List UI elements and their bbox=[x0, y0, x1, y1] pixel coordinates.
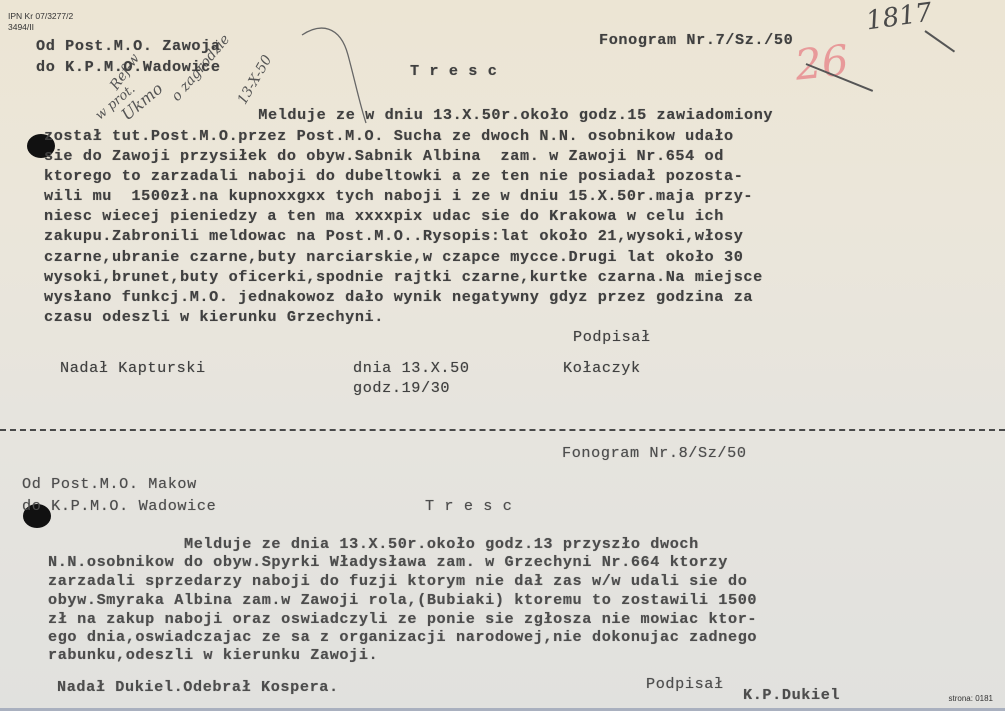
dashed-separator bbox=[0, 429, 1005, 431]
fonogram-1-sent-by: Nadał Kapturski bbox=[60, 361, 206, 376]
fonogram-1-body-line: został tut.Post.M.O.przez Post.M.O. Such… bbox=[44, 129, 734, 144]
fonogram-2-body-line: rabunku,odeszli w kierunku Zawoji. bbox=[48, 648, 378, 663]
archive-reference-line2: 3494/II bbox=[8, 22, 73, 33]
fonogram-1-body-line: czasu odeszli w kierunku Grzechyni. bbox=[44, 310, 384, 325]
fonogram-2-body-line: N.N.osobnikow do obyw.Spyrki Władysława … bbox=[48, 555, 728, 570]
scanned-document-page: IPN Kr 07/3277/2 3494/II 1817 26 Ref-w w… bbox=[0, 0, 1005, 711]
fonogram-2-body-line: obyw.Smyraka Albina zam.w Zawoji rola,(B… bbox=[48, 593, 757, 608]
fonogram-2-signed-name: K.P.Dukiel bbox=[743, 688, 840, 703]
fonogram-2-to: do K.P.M.O. Wadowice bbox=[22, 499, 216, 514]
fonogram-1-date: dnia 13.X.50 bbox=[353, 361, 470, 376]
fonogram-2-body-line: zarzadali sprzedarzy naboji do fuzji kto… bbox=[48, 574, 747, 589]
fonogram-1-to: do K.P.M.O.Wadowice bbox=[36, 60, 221, 75]
fonogram-2-from: Od Post.M.O. Makow bbox=[22, 477, 197, 492]
fonogram-1-signed-name: Kołaczyk bbox=[563, 361, 641, 376]
fonogram-1-from: Od Post.M.O. Zawoja bbox=[36, 39, 221, 54]
fonogram-1-body-line: czarne,ubranie czarne,buty narciarskie,w… bbox=[44, 250, 743, 265]
fonogram-2-heading: T r e s c bbox=[425, 499, 512, 514]
fonogram-1-body-line: niesc wiecej pieniedzy a ten ma xxxxpix … bbox=[44, 209, 724, 224]
fonogram-1-heading: T r e s c bbox=[410, 64, 497, 79]
fonogram-2-sent-received: Nadał Dukiel.Odebrał Kospera. bbox=[57, 680, 339, 695]
archive-reference: IPN Kr 07/3277/2 3494/II bbox=[8, 11, 73, 33]
fonogram-1-body-line: sie do Zawoji przysiłek do obyw.Sabnik A… bbox=[44, 149, 724, 164]
fonogram-2-body-line: Melduje ze dnia 13.X.50r.około godz.13 p… bbox=[48, 537, 699, 552]
red-pencil-number: 26 bbox=[793, 35, 851, 89]
page-stamp: strona: 0181 bbox=[949, 694, 993, 703]
fonogram-1-body-line: wili mu 1500zł.na kupnoxxgxx tych naboji… bbox=[44, 189, 753, 204]
fonogram-1-body-line: wysłano funkcj.M.O. jednakowoz dało wyni… bbox=[44, 290, 753, 305]
fonogram-1-signed-label: Podpisał bbox=[573, 330, 651, 345]
fonogram-1-body-line: Melduje ze w dniu 13.X.50r.około godz.15… bbox=[200, 108, 773, 123]
fonogram-1-body-line: zakupu.Zabronili meldowac na Post.M.O..R… bbox=[44, 229, 743, 244]
fonogram-1-body-line: wysoki,brunet,buty oficerki,spodnie rajt… bbox=[44, 270, 763, 285]
margin-note-line-5: 13-X-50 bbox=[235, 53, 276, 108]
fonogram-2-body-line: ego dnia,oswiadczajac ze sa z organizacj… bbox=[48, 630, 757, 645]
folio-strike-mark bbox=[924, 30, 955, 52]
fonogram-1-body-line: ktorego to zarzadali naboji do dubeltowk… bbox=[44, 169, 743, 184]
archive-reference-line1: IPN Kr 07/3277/2 bbox=[8, 11, 73, 22]
fonogram-2-signed-label: Podpisał bbox=[646, 677, 724, 692]
fonogram-2-number: Fonogram Nr.8/Sz/50 bbox=[562, 446, 747, 461]
fonogram-1-time: godz.19/30 bbox=[353, 381, 450, 396]
fonogram-2-body-line: zł na zakup naboji oraz oswiadczyli ze p… bbox=[48, 612, 757, 627]
fonogram-1-number: Fonogram Nr.7/Sz./50 bbox=[599, 33, 793, 48]
